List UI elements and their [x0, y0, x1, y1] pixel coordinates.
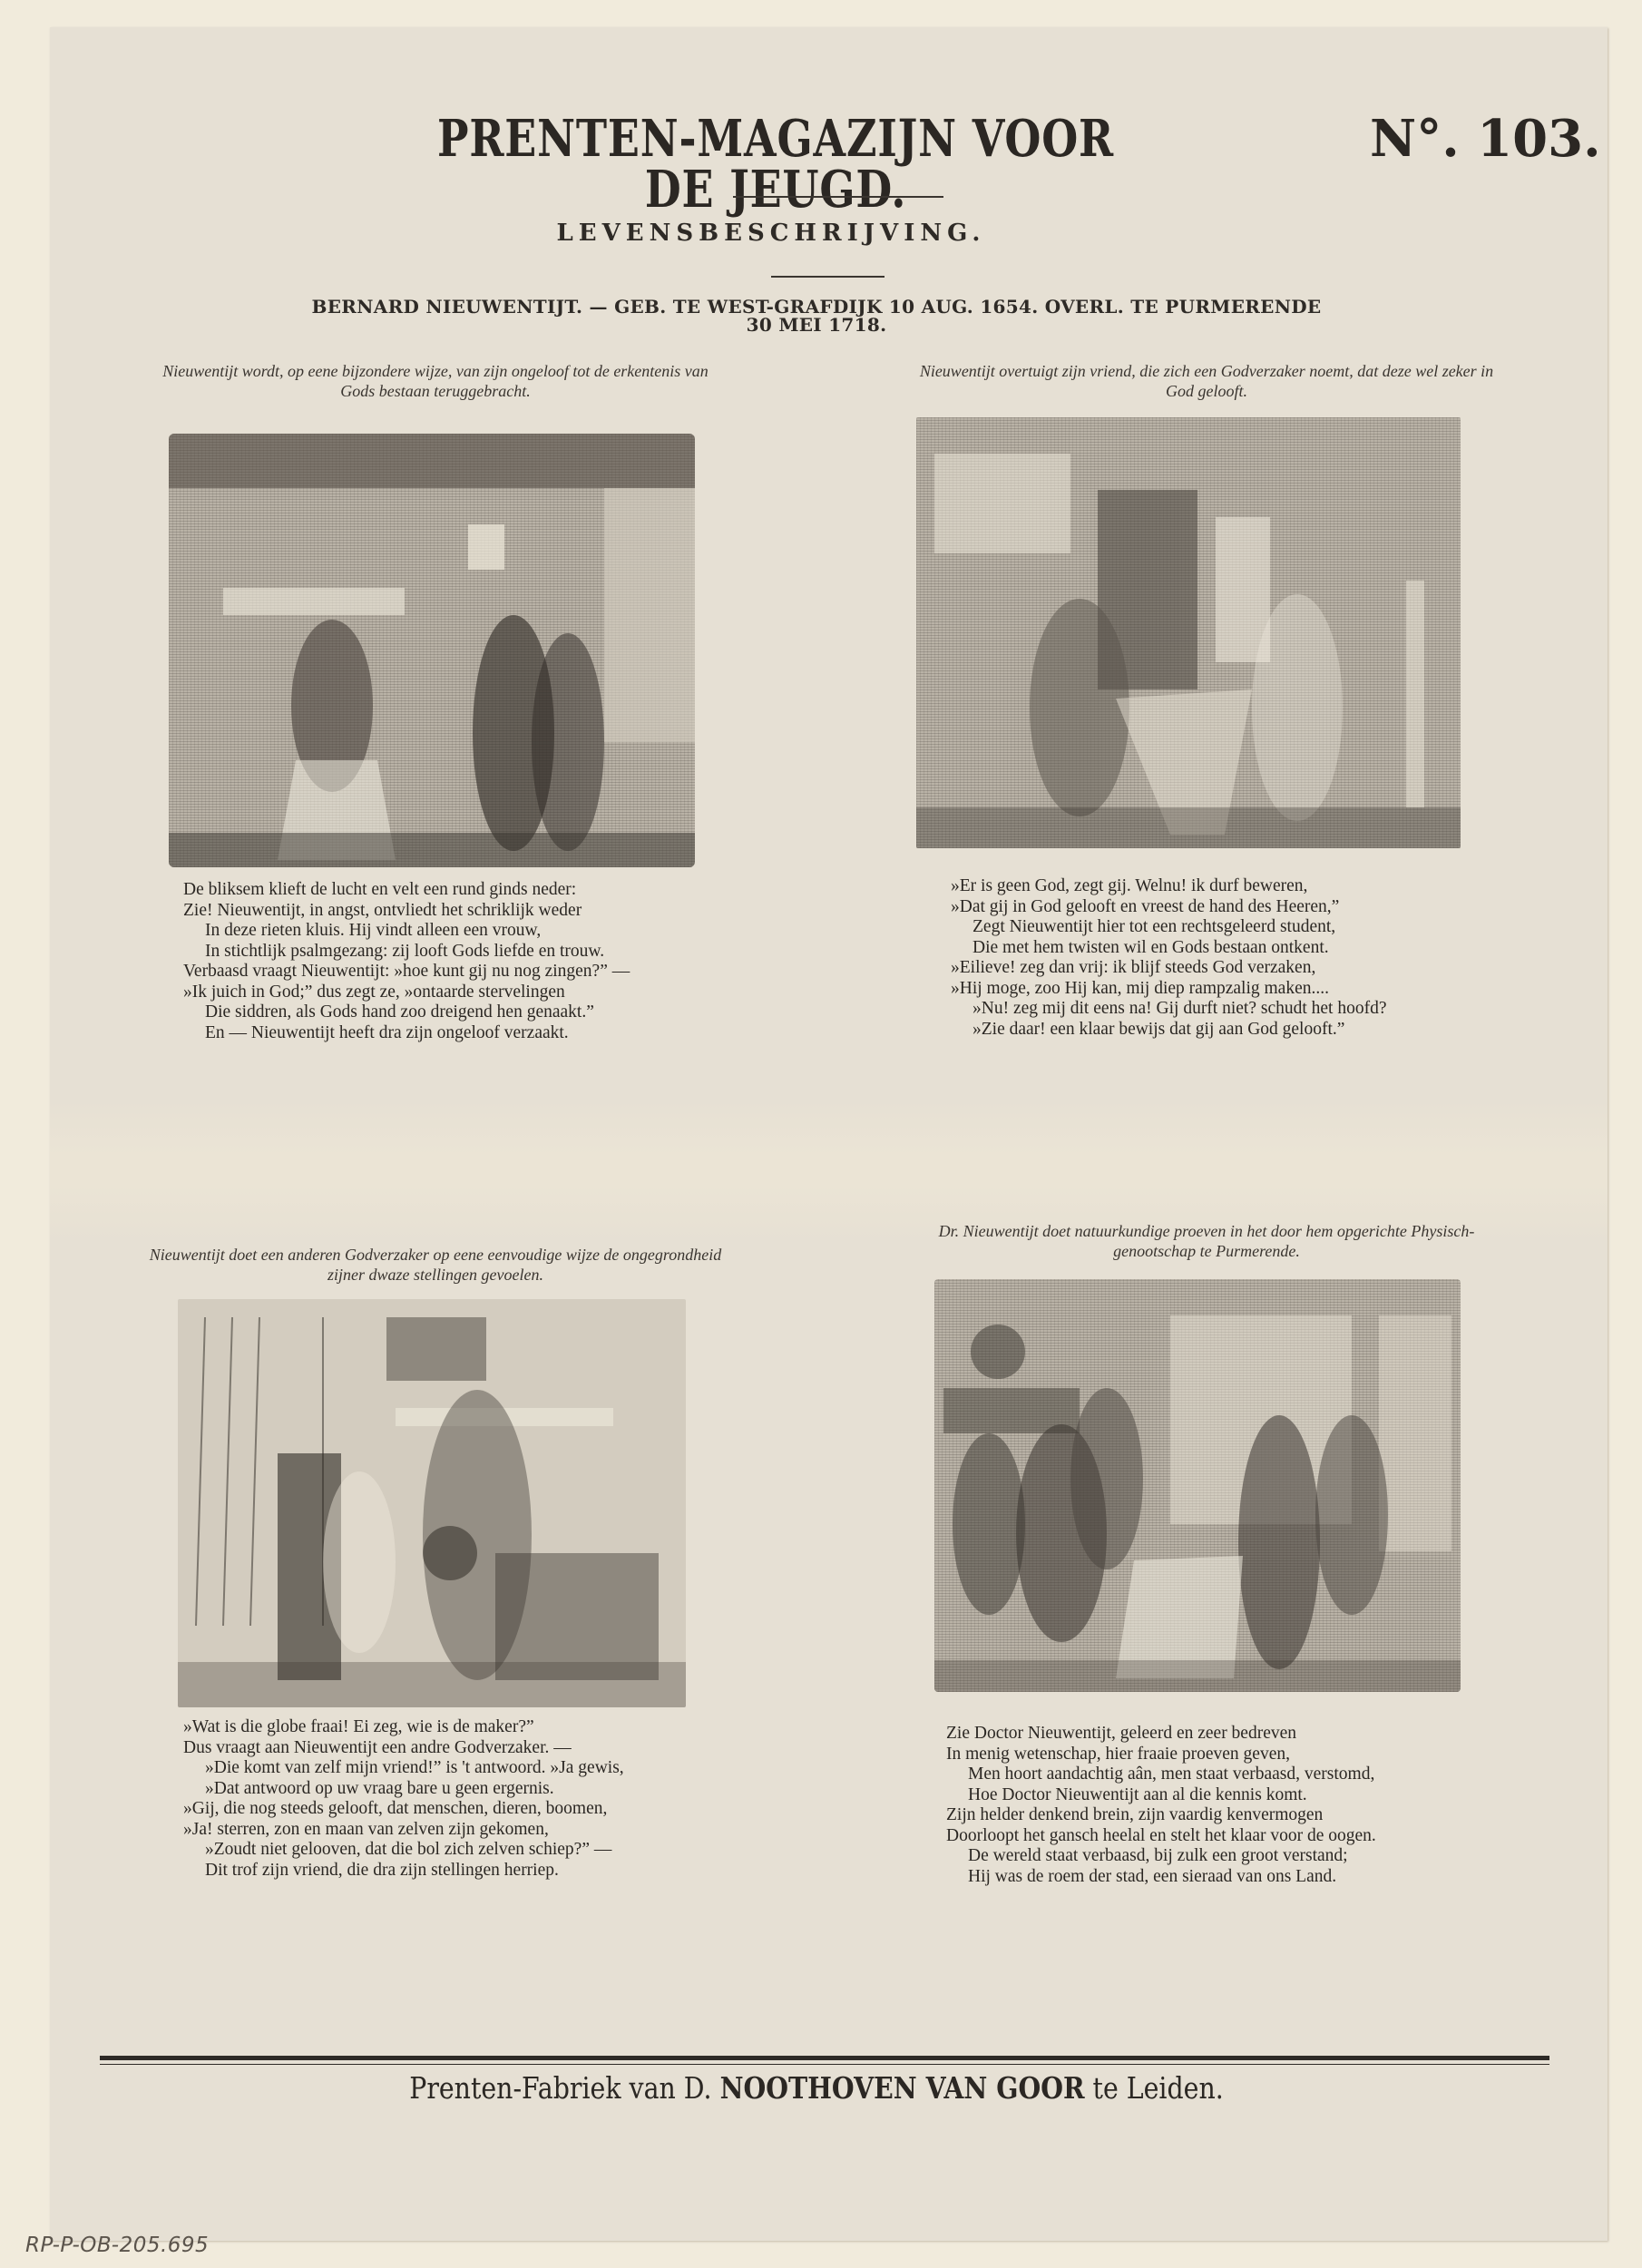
verse-line: Verbaasd vraagt Nieuwentijt: »hoe kunt g… — [183, 962, 691, 982]
verse-line: »Zie daar! een klaar bewijs dat gij aan … — [951, 1020, 1477, 1041]
verse-line: Zijn helder denkend brein, zijn vaardig … — [946, 1805, 1481, 1826]
verse-line: In stichtlijk psalmgezang: zij looft God… — [183, 942, 691, 963]
verse-line: Zie! Nieuwentijt, in angst, ontvliedt he… — [183, 901, 691, 922]
panel-1-caption: Nieuwentijt wordt, op eene bijzondere wi… — [145, 361, 726, 401]
panel-2-illustration — [916, 417, 1461, 848]
footer-rule-thin — [100, 2064, 1549, 2065]
publisher-imprint: Prenten-Fabriek van D. NOOTHOVEN VAN GOO… — [270, 2073, 1363, 2103]
header-rule-top — [733, 196, 943, 198]
panel-2-verse: »Er is geen God, zegt gij. Welnu! ik dur… — [951, 876, 1477, 1040]
verse-line: En — Nieuwentijt heeft dra zijn ongeloof… — [183, 1023, 691, 1044]
verse-line: Hij was de roem der stad, een sieraad va… — [946, 1867, 1481, 1888]
panel-3-caption: Nieuwentijt doet een anderen Godverzaker… — [145, 1245, 726, 1285]
verse-line: Zegt Nieuwentijt hier tot een rechtsgele… — [951, 917, 1477, 938]
verse-line: De wereld staat verbaasd, bij zulk een g… — [946, 1846, 1481, 1867]
panel-4-caption: Dr. Nieuwentijt doet natuurkundige proev… — [907, 1221, 1506, 1261]
woodcut-interior-icon — [169, 434, 695, 867]
woodcut-study-room-icon — [916, 417, 1461, 848]
print-sheet — [50, 27, 1608, 2241]
verse-line: Die met hem twisten wil en Gods bestaan … — [951, 938, 1477, 959]
verse-line: Men hoort aandachtig aân, men staat verb… — [946, 1765, 1481, 1785]
verse-line: Die siddren, als Gods hand zoo dreigend … — [183, 1002, 691, 1023]
imprint-suffix: te Leiden. — [1093, 2070, 1224, 2106]
verse-line: »Gij, die nog steeds gelooft, dat mensch… — [183, 1799, 700, 1820]
panel-3-verse: »Wat is die globe fraai! Ei zeg, wie is … — [183, 1717, 700, 1881]
verse-line: Hoe Doctor Nieuwentijt aan al die kennis… — [946, 1785, 1481, 1806]
verse-line: »Zoudt niet gelooven, dat die bol zich z… — [183, 1840, 700, 1861]
masthead-title: PRENTEN-MAGAZIJN VOOR DE JEUGD. — [423, 113, 1129, 215]
verse-line: »Ik juich in God;” dus zegt ze, »ontaard… — [183, 982, 691, 1003]
header-rule-bottom — [771, 276, 885, 278]
imprint-prefix: Prenten-Fabriek van D. — [409, 2070, 711, 2106]
verse-line: In menig wetenschap, hier fraaie proeven… — [946, 1745, 1481, 1765]
verse-line: »Er is geen God, zegt gij. Welnu! ik dur… — [951, 876, 1477, 897]
verse-line: Dit trof zijn vriend, die dra zijn stell… — [183, 1861, 700, 1882]
section-heading: LEVENSBESCHRIJVING. — [544, 221, 998, 245]
verse-line: »Die komt van zelf mijn vriend!” is 't a… — [183, 1758, 700, 1779]
verse-line: »Hij moge, zoo Hij kan, mij diep rampzal… — [951, 979, 1477, 1000]
verse-line: »Eilieve! zeg dan vrij: ik blijf steeds … — [951, 958, 1477, 979]
verse-line: »Dat gij in God gelooft en vreest de han… — [951, 897, 1477, 918]
verse-line: Zie Doctor Nieuwentijt, geleerd en zeer … — [946, 1724, 1481, 1745]
woodcut-globe-scene-icon — [178, 1299, 686, 1707]
verse-line: »Wat is die globe fraai! Ei zeg, wie is … — [183, 1717, 700, 1738]
panel-3-illustration — [178, 1299, 686, 1707]
verse-line: »Ja! sterren, zon en maan van zelven zij… — [183, 1820, 700, 1841]
woodcut-scholars-icon — [934, 1279, 1461, 1692]
panel-1-verse: De bliksem klieft de lucht en velt een r… — [183, 880, 691, 1043]
verse-line: De bliksem klieft de lucht en velt een r… — [183, 880, 691, 901]
verse-line: »Dat antwoord op uw vraag bare u geen er… — [183, 1779, 700, 1800]
inventory-number: RP-P-OB-205.695 — [25, 2234, 209, 2257]
verse-line: »Nu! zeg mij dit eens na! Gij durft niet… — [951, 999, 1477, 1020]
panel-4-verse: Zie Doctor Nieuwentijt, geleerd en zeer … — [946, 1724, 1481, 1887]
issue-number: N°. 103. — [1370, 113, 1601, 164]
panel-1-illustration — [169, 434, 695, 867]
panel-2-caption: Nieuwentijt overtuigt zijn vriend, die z… — [916, 361, 1497, 401]
verse-line: In deze rieten kluis. Hij vindt alleen e… — [183, 921, 691, 942]
biography-subtitle: BERNARD NIEUWENTIJT. — GEB. TE WEST-GRAF… — [308, 298, 1324, 334]
panel-4-illustration — [934, 1279, 1461, 1692]
verse-line: Doorloopt het gansch heelal en stelt het… — [946, 1826, 1481, 1847]
imprint-publisher-name: NOOTHOVEN VAN GOOR — [720, 2070, 1085, 2106]
footer-rule-thick — [100, 2056, 1549, 2060]
verse-line: Dus vraagt aan Nieuwentijt een andre God… — [183, 1738, 700, 1759]
